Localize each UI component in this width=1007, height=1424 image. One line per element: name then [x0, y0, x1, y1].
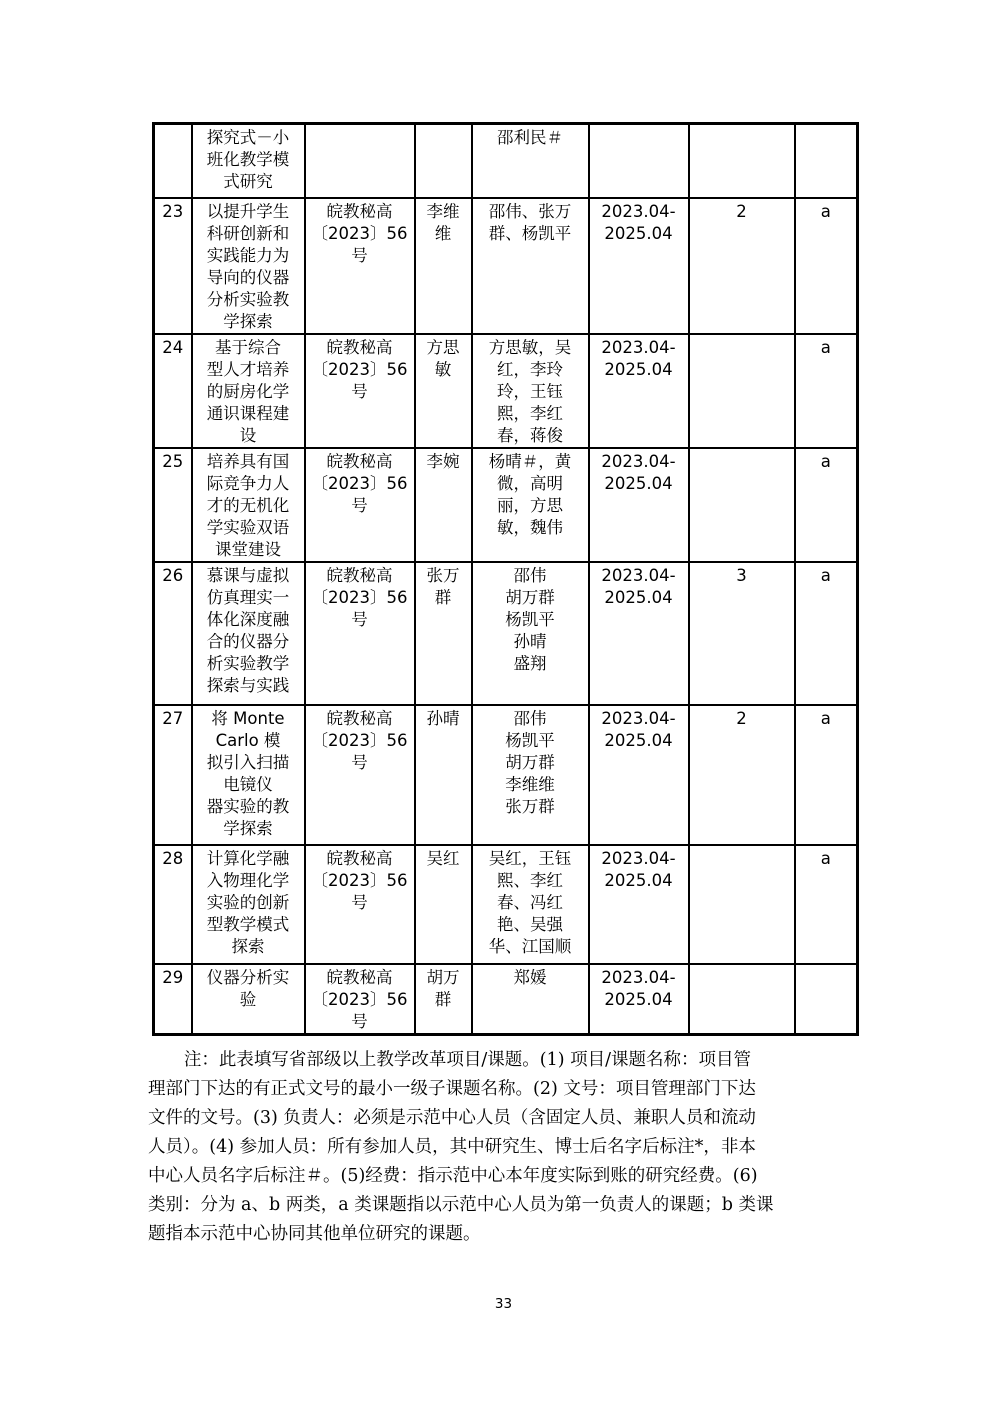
cell-period: 2023.04- 2025.04 [589, 964, 689, 1035]
table-footnote: 注：此表填写省部级以上教学改革项目/课题。(1) 项目/课题名称：项目管 理部门… [148, 1046, 872, 1249]
table-row: 探究式－小 班化教学模 式研究 邵利民＃ [154, 124, 858, 198]
cell-doc-number: 皖教秘高 〔2023〕56 号 [305, 198, 415, 334]
table-row: 29 仪器分析实 验 皖教秘高 〔2023〕56 号 胡万 群 郑媛 2023.… [154, 964, 858, 1035]
cell-project-name: 慕课与虚拟 仿真理实一 体化深度融 合的仪器分 析实验教学 探索与实践 [192, 562, 305, 705]
cell-doc-number [305, 124, 415, 198]
cell-row-number: 26 [154, 562, 192, 705]
cell-fund [689, 124, 795, 198]
cell-period: 2023.04- 2025.04 [589, 334, 689, 448]
cell-participants: 吴红，王钰 熙、李红 春、冯红 艳、吴强 华、江国顺 [472, 845, 589, 964]
table-row: 26 慕课与虚拟 仿真理实一 体化深度融 合的仪器分 析实验教学 探索与实践 皖… [154, 562, 858, 705]
cell-leader: 吴红 [415, 845, 472, 964]
cell-leader: 李维 维 [415, 198, 472, 334]
cell-participants: 邵伟、张万 群、杨凯平 [472, 198, 589, 334]
cell-row-number: 28 [154, 845, 192, 964]
page-number: 33 [0, 1296, 1007, 1312]
cell-period: 2023.04- 2025.04 [589, 705, 689, 845]
cell-doc-number: 皖教秘高 〔2023〕56 号 [305, 845, 415, 964]
cell-category: a [795, 562, 858, 705]
cell-project-name: 探究式－小 班化教学模 式研究 [192, 124, 305, 198]
cell-period [589, 124, 689, 198]
cell-fund: 2 [689, 198, 795, 334]
table-row: 23 以提升学生 科研创新和 实践能力为 导向的仪器 分析实验教 学探索 皖教秘… [154, 198, 858, 334]
cell-doc-number: 皖教秘高 〔2023〕56 号 [305, 334, 415, 448]
cell-period: 2023.04- 2025.04 [589, 448, 689, 562]
cell-period: 2023.04- 2025.04 [589, 562, 689, 705]
cell-row-number: 29 [154, 964, 192, 1035]
cell-category: a [795, 198, 858, 334]
table-row: 25 培养具有国 际竞争力人 才的无机化 学实验双语 课堂建设 皖教秘高 〔20… [154, 448, 858, 562]
cell-participants: 邵利民＃ [472, 124, 589, 198]
cell-participants: 杨晴＃，黄 微，高明 丽，方思 敏，魏伟 [472, 448, 589, 562]
cell-project-name: 基于综合 型人才培养 的厨房化学 通识课程建 设 [192, 334, 305, 448]
cell-leader: 胡万 群 [415, 964, 472, 1035]
table-row: 28 计算化学融 入物理化学 实验的创新 型教学模式 探索 皖教秘高 〔2023… [154, 845, 858, 964]
cell-fund [689, 964, 795, 1035]
cell-category: a [795, 705, 858, 845]
cell-participants: 郑媛 [472, 964, 589, 1035]
cell-category: a [795, 845, 858, 964]
cell-category [795, 124, 858, 198]
cell-participants: 方思敏，吴 红，李玲 玲，王钰 熙，李红 春，蒋俊 [472, 334, 589, 448]
cell-participants: 邵伟 胡万群 杨凯平 孙晴 盛翔 [472, 562, 589, 705]
cell-doc-number: 皖教秘高 〔2023〕56 号 [305, 562, 415, 705]
cell-row-number: 25 [154, 448, 192, 562]
cell-participants: 邵伟 杨凯平 胡万群 李维维 张万群 [472, 705, 589, 845]
cell-category [795, 964, 858, 1035]
cell-project-name: 计算化学融 入物理化学 实验的创新 型教学模式 探索 [192, 845, 305, 964]
teaching-reform-projects-table: 探究式－小 班化教学模 式研究 邵利民＃ 23 以提升学生 科研创新和 实践能力… [152, 122, 859, 1036]
cell-row-number: 23 [154, 198, 192, 334]
cell-leader: 张万 群 [415, 562, 472, 705]
cell-project-name: 仪器分析实 验 [192, 964, 305, 1035]
cell-fund [689, 334, 795, 448]
cell-project-name: 将 Monte Carlo 模 拟引入扫描 电镜仪 器实验的教 学探索 [192, 705, 305, 845]
cell-project-name: 培养具有国 际竞争力人 才的无机化 学实验双语 课堂建设 [192, 448, 305, 562]
cell-category: a [795, 334, 858, 448]
cell-leader: 孙晴 [415, 705, 472, 845]
cell-row-number [154, 124, 192, 198]
cell-leader: 李婉 [415, 448, 472, 562]
cell-project-name: 以提升学生 科研创新和 实践能力为 导向的仪器 分析实验教 学探索 [192, 198, 305, 334]
cell-leader: 方思 敏 [415, 334, 472, 448]
cell-fund [689, 448, 795, 562]
cell-category: a [795, 448, 858, 562]
table-row: 24 基于综合 型人才培养 的厨房化学 通识课程建 设 皖教秘高 〔2023〕5… [154, 334, 858, 448]
cell-fund: 2 [689, 705, 795, 845]
cell-period: 2023.04- 2025.04 [589, 845, 689, 964]
cell-doc-number: 皖教秘高 〔2023〕56 号 [305, 448, 415, 562]
cell-row-number: 27 [154, 705, 192, 845]
table-row: 27 将 Monte Carlo 模 拟引入扫描 电镜仪 器实验的教 学探索 皖… [154, 705, 858, 845]
cell-leader [415, 124, 472, 198]
cell-fund [689, 845, 795, 964]
cell-doc-number: 皖教秘高 〔2023〕56 号 [305, 964, 415, 1035]
cell-row-number: 24 [154, 334, 192, 448]
cell-doc-number: 皖教秘高 〔2023〕56 号 [305, 705, 415, 845]
cell-fund: 3 [689, 562, 795, 705]
cell-period: 2023.04- 2025.04 [589, 198, 689, 334]
